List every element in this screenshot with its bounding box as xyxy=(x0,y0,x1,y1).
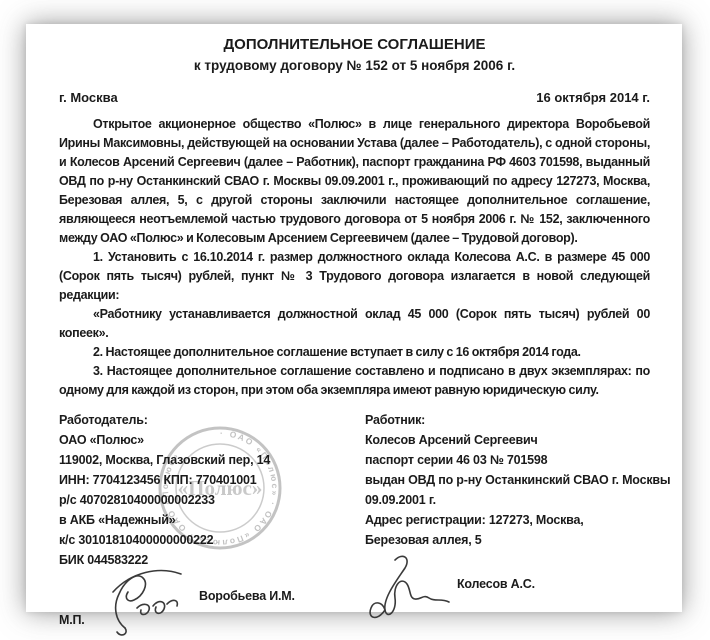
employer-signature-scribble xyxy=(107,564,199,636)
employer-address: 119002, Москва, Глазовский пер, 14 xyxy=(59,450,359,470)
employer-corr-account: к/с 30101810400000000222 xyxy=(59,530,359,550)
signature-block: Работодатель: ОАО «Полюс» 119002, Москва… xyxy=(59,410,650,636)
worker-registration-address-1: Адрес регистрации: 127273, Москва, xyxy=(365,510,670,530)
clause-1: 1. Установить с 16.10.2014 г. размер дол… xyxy=(59,248,650,305)
worker-passport-date: 09.09.2001 г. xyxy=(365,490,670,510)
worker-signature-row: Колесов А.С. xyxy=(365,558,670,616)
worker-heading: Работник: xyxy=(365,410,670,430)
worker-passport-series: паспорт серии 46 03 № 701598 xyxy=(365,450,670,470)
preamble-paragraph: Открытое акционерное общество «Полюс» в … xyxy=(59,115,650,248)
worker-signatory-name: Колесов А.С. xyxy=(457,574,535,594)
document-page: · ОАО «Полюс» · ОАО «Полюс» · ОАО «Полюс… xyxy=(26,24,682,612)
stamp-place-label: М.П. xyxy=(59,610,85,630)
worker-full-name: Колесов Арсений Сергеевич xyxy=(365,430,670,450)
place-date-row: г. Москва 16 октября 2014 г. xyxy=(59,90,650,105)
worker-registration-address-2: Березовая аллея, 5 xyxy=(365,530,670,550)
document-canvas: · ОАО «Полюс» · ОАО «Полюс» · ОАО «Полюс… xyxy=(0,0,710,640)
body-paragraphs: Открытое акционерное общество «Полюс» в … xyxy=(59,115,650,400)
employer-column: Работодатель: ОАО «Полюс» 119002, Москва… xyxy=(59,410,359,636)
worker-signature-scribble xyxy=(361,552,461,622)
document-content: ДОПОЛНИТЕЛЬНОЕ СОГЛАШЕНИЕ к трудовому до… xyxy=(26,24,682,636)
document-subtitle: к трудовому договору № 152 от 5 ноября 2… xyxy=(59,58,650,73)
employer-settlement-account: р/с 40702810400000002233 xyxy=(59,490,359,510)
clause-2: 2. Настоящее дополнительное соглашение в… xyxy=(59,343,650,362)
document-title: ДОПОЛНИТЕЛЬНОЕ СОГЛАШЕНИЕ xyxy=(59,36,650,55)
employer-company-name: ОАО «Полюс» xyxy=(59,430,359,450)
worker-column: Работник: Колесов Арсений Сергеевич пасп… xyxy=(359,410,670,636)
clause-1-quote: «Работнику устанавливается должностной о… xyxy=(59,305,650,343)
employer-signatory-name: Воробьева И.М. xyxy=(199,586,295,606)
clause-3: 3. Настоящее дополнительное соглашение с… xyxy=(59,362,650,400)
place-label: г. Москва xyxy=(59,90,118,105)
employer-signature-row: М.П. Воробьева И.М. xyxy=(59,578,359,636)
employer-bik: БИК 044583222 xyxy=(59,550,359,570)
date-label: 16 октября 2014 г. xyxy=(536,90,650,105)
employer-inn-kpp: ИНН: 7704123456 КПП: 770401001 xyxy=(59,470,359,490)
worker-passport-issuer: выдан ОВД по р-ну Останкинский СВАО г. М… xyxy=(365,470,670,490)
employer-bank-name: в АКБ «Надежный» xyxy=(59,510,359,530)
employer-heading: Работодатель: xyxy=(59,410,359,430)
